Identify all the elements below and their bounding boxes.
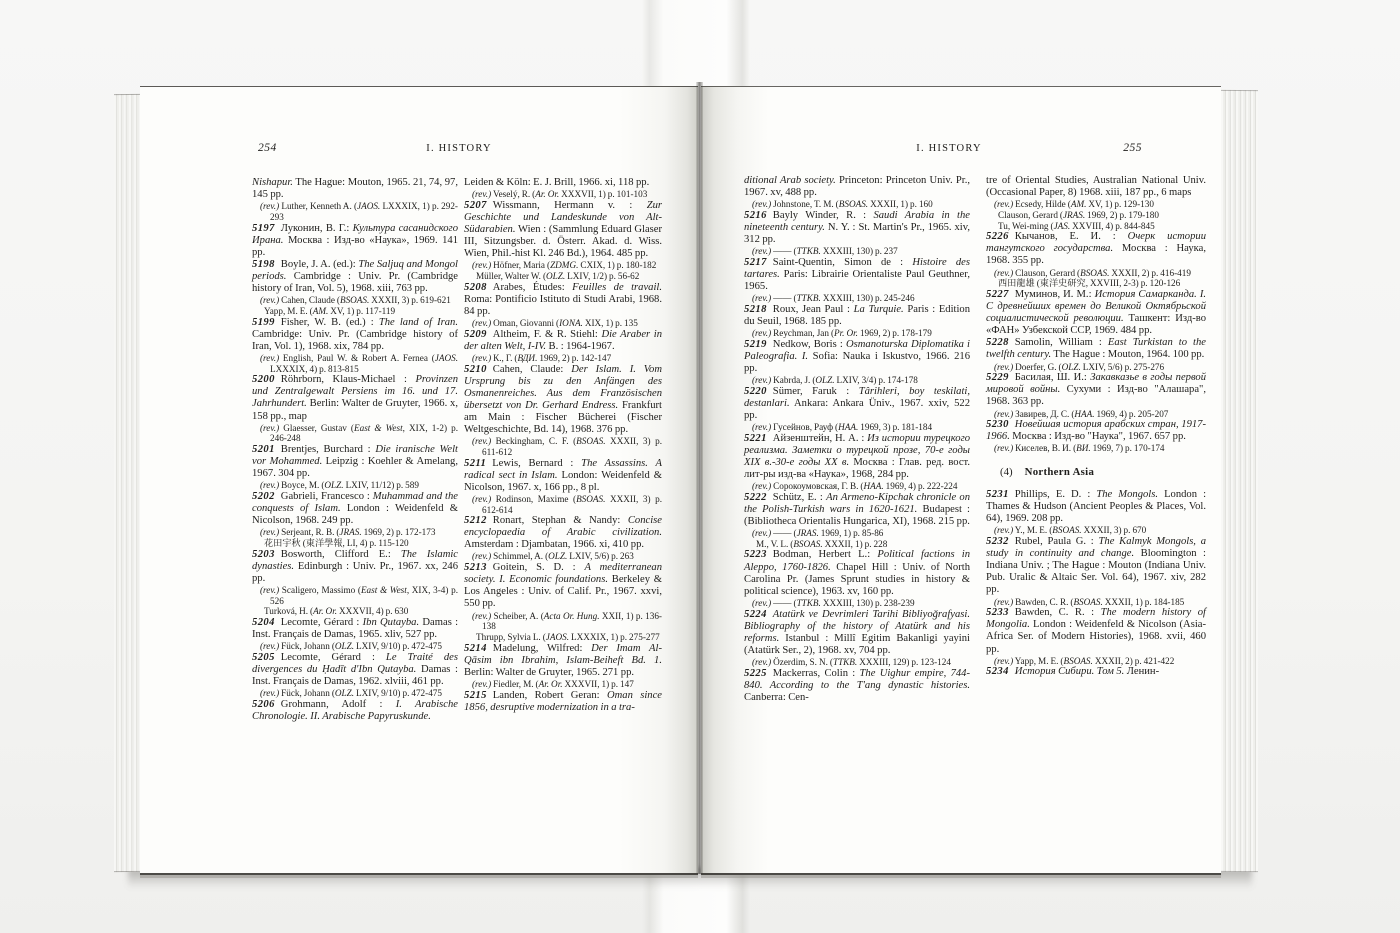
- bib-entry-5231: 5231Phillips, E. D. : The Mongols. Londo…: [986, 489, 1206, 525]
- review-citation: Yapp, M. E. (AM. XV, 1) p. 117-119: [252, 306, 458, 317]
- review-citation: (rev.) Завирев, Д. С. (НАА. 1969, 4) p. …: [986, 409, 1206, 420]
- review-citation: Turková, H. (Ar. Or. XXXVII, 4) p. 630: [252, 606, 458, 617]
- review-citation: Müller, Walter W. (OLZ. LXIV, 1/2) p. 56…: [464, 271, 662, 282]
- bib-entry-continuation: tre of Oriental Studies, Australian Nati…: [986, 175, 1206, 199]
- section-heading: (4)Northern Asia: [986, 466, 1206, 478]
- review-citation: M., V. L. (BSOAS. XXXII, 1) p. 228: [744, 539, 970, 550]
- bib-entry-continuation: Nishapur. The Hague: Mouton, 1965. 21, 7…: [252, 177, 458, 201]
- entry-number: 5230: [986, 419, 1009, 430]
- entry-number: 5201: [252, 444, 275, 455]
- entry-number: 5207: [464, 200, 487, 211]
- review-citation: (rev.) К., Г. (ВДИ. 1969, 2) p. 142-147: [464, 353, 662, 364]
- bib-entry-continuation: ditional Arab society. Princeton: Prince…: [744, 175, 970, 199]
- running-header-left: I. HISTORY: [364, 143, 554, 154]
- review-citation: (rev.) Гусейнов, Рауф (НАА. 1969, 3) p. …: [744, 422, 970, 433]
- review-citation: (rev.) —— (TTKB. XXXIII, 130) p. 238-239: [744, 598, 970, 609]
- review-citation: (rev.) Scheiber, A. (Acta Or. Hung. XXII…: [464, 611, 662, 632]
- bib-entry-5220: 5220Sümer, Faruk : Târihleri, boy teskil…: [744, 386, 970, 422]
- entry-number: 5216: [744, 210, 767, 221]
- entry-number: 5205: [252, 652, 275, 663]
- open-book: 254 I. HISTORY I. HISTORY 255 Nishapur. …: [112, 78, 1260, 878]
- bib-entry-5204: 5204Lecomte, Gérard : Ibn Qutayba. Damas…: [252, 617, 458, 641]
- bib-entry-5221: 5221Айзенштейн, Н. А. : Из истории турец…: [744, 433, 970, 481]
- review-citation: (rev.) Fück, Johann (OLZ. LXIV, 9/10) p.…: [252, 641, 458, 652]
- entry-number: 5217: [744, 257, 767, 268]
- entry-number: 5198: [252, 259, 275, 270]
- review-citation: (rev.) Fück, Johann (OLZ. LXIV, 9/10) p.…: [252, 688, 458, 699]
- entry-number: 5213: [464, 562, 487, 573]
- bib-entry-5216: 5216Bayly Winder, R. : Saudi Arabia in t…: [744, 210, 970, 246]
- entry-number: 5222: [744, 492, 767, 503]
- entry-number: 5231: [986, 489, 1009, 500]
- review-citation: Clauson, Gerard (JRAS. 1969, 2) p. 179-1…: [986, 210, 1206, 221]
- review-citation: (rev.) Сорокоумовская, Г. В. (НАА. 1969,…: [744, 481, 970, 492]
- review-citation: (rev.) Rodinson, Maxime (BSOAS. XXXII, 3…: [464, 494, 662, 515]
- entry-number: 5215: [464, 690, 487, 701]
- bib-entry-5208: 5208Arabes, Études: Feuilles de travail.…: [464, 282, 662, 318]
- entry-number: 5200: [252, 374, 275, 385]
- entry-number: 5232: [986, 536, 1009, 547]
- bib-entry-5212: 5212Ronart, Stephan & Nandy: Concise enc…: [464, 515, 662, 551]
- entry-number: 5209: [464, 329, 487, 340]
- review-citation: (rev.) Kabrda, J. (OLZ. LXIV, 3/4) p. 17…: [744, 375, 970, 386]
- review-citation: 西田龍雄 (東洋史研究, XXVIII, 2-3) p. 120-126: [986, 278, 1206, 289]
- review-citation: (rev.) —— (JRAS. 1969, 1) p. 85-86: [744, 528, 970, 539]
- entry-number: 5204: [252, 617, 275, 628]
- review-citation: (rev.) Fiedler, M. (Ar. Or. XXXVII, 1) p…: [464, 679, 662, 690]
- bib-entry-5223: 5223Bodman, Herbert L.: Political factio…: [744, 549, 970, 597]
- bib-entry-5228: 5228Samolin, William : East Turkistan to…: [986, 337, 1206, 361]
- review-citation: (rev.) Cahen, Claude (BSOAS. XXXII, 3) p…: [252, 295, 458, 306]
- scanned-book-photo: 254 I. HISTORY I. HISTORY 255 Nishapur. …: [0, 0, 1400, 933]
- review-citation: (rev.) Beckingham, C. F. (BSOAS. XXXII, …: [464, 436, 662, 457]
- bib-entry-5225: 5225Mackerras, Colin : The Uighur empire…: [744, 668, 970, 704]
- bib-entry-5209: 5209Altheim, F. & R. Stiehl: Die Araber …: [464, 329, 662, 353]
- page-number-left: 254: [258, 142, 277, 154]
- bib-entry-5227: 5227Муминов, И. М.: История Самарканда. …: [986, 289, 1206, 337]
- bib-entry-5200: 5200Röhrborn, Klaus-Michael : Provinzen …: [252, 374, 458, 422]
- entry-number: 5224: [744, 609, 767, 620]
- bib-entry-5207: 5207Wissmann, Hermann v. : Zur Geschicht…: [464, 200, 662, 260]
- bib-entry-5233: 5233Bawden, C. R. : The modern history o…: [986, 607, 1206, 655]
- bib-entry-5226: 5226Кычанов, Е. И. : Очерк истории тангу…: [986, 231, 1206, 267]
- entry-number: 5203: [252, 549, 275, 560]
- bib-entry-5211: 5211Lewis, Bernard : The Assassins. A ra…: [464, 458, 662, 494]
- bib-entry-5224: 5224Atatürk ve Devrimleri Tarihi Bibliyo…: [744, 609, 970, 657]
- entry-number: 5228: [986, 337, 1009, 348]
- review-citation: Thrupp, Sylvia L. (JAOS. LXXXIX, 1) p. 2…: [464, 632, 662, 643]
- review-citation: (rev.) Y., M. E. (BSOAS. XXXII, 3) p. 67…: [986, 525, 1206, 536]
- entry-number: 5211: [464, 458, 486, 469]
- bib-entry-5210: 5210Cahen, Claude: Der Islam. I. Vom Urs…: [464, 364, 662, 437]
- review-citation: (rev.) Reychman, Jan (Pr. Or. 1969, 2) p…: [744, 328, 970, 339]
- right-page-edges: [1218, 90, 1258, 872]
- bib-entry-5215: 5215Landen, Robert Geran: Oman since 185…: [464, 690, 662, 714]
- bib-entry-5232: 5232Rubel, Paula G. : The Kalmyk Mongols…: [986, 536, 1206, 596]
- entry-number: 5220: [744, 386, 767, 397]
- running-header-right: I. HISTORY: [854, 143, 1044, 154]
- bib-entry-5214: 5214Madelung, Wilfred: Der Imam Al-Qāsim…: [464, 643, 662, 679]
- bib-entry-5199: 5199Fisher, W. B. (ed.) : The land of Ir…: [252, 317, 458, 353]
- entry-number: 5227: [986, 289, 1009, 300]
- review-citation: (rev.) Schimmel, A. (OLZ. LXIV, 5/6) p. …: [464, 551, 662, 562]
- entry-number: 5202: [252, 491, 275, 502]
- column-right-page-2: tre of Oriental Studies, Australian Nati…: [986, 175, 1206, 678]
- review-citation: 花田宇秋 (東洋學報, LI, 4) p. 115-120: [252, 538, 458, 549]
- review-citation: (rev.) Bawden, C. R. (BSOAS. XXXII, 1) p…: [986, 597, 1206, 608]
- review-citation: (rev.) Özerdim, S. N. (TTKB. XXXIII, 129…: [744, 657, 970, 668]
- bib-entry-continuation: Leiden & Köln: E. J. Brill, 1966. xi, 11…: [464, 177, 662, 189]
- review-citation: (rev.) Luther, Kenneth A. (JAOS. LXXXIX,…: [252, 201, 458, 222]
- bib-entry-5206: 5206Grohmann, Adolf : I. Arabische Chron…: [252, 699, 458, 723]
- review-citation: (rev.) Veselý, R. (Ar. Or. XXXVII, 1) p.…: [464, 189, 662, 200]
- bib-entry-5202: 5202Gabrieli, Francesco : Muhammad and t…: [252, 491, 458, 527]
- entry-number: 5199: [252, 317, 275, 328]
- bib-entry-5203: 5203Bosworth, Clifford E.: The Islamic d…: [252, 549, 458, 585]
- section-number: (4): [1000, 466, 1013, 478]
- column-right-page-1: ditional Arab society. Princeton: Prince…: [744, 175, 970, 704]
- bib-entry-5217: 5217Saint-Quentin, Simon de : Histoire d…: [744, 257, 970, 293]
- review-citation: (rev.) Ecsedy, Hilde (AM. XV, 1) p. 129-…: [986, 199, 1206, 210]
- review-citation: (rev.) Serjeant, R. B. (JRAS. 1969, 2) p…: [252, 527, 458, 538]
- review-citation: (rev.) Höfner, Maria (ZDMG. CXIX, 1) p. …: [464, 260, 662, 271]
- review-citation: (rev.) Clauson, Gerard (BSOAS. XXXII, 2)…: [986, 268, 1206, 279]
- bib-entry-5198: 5198Boyle, J. A. (ed.): The Saljuq and M…: [252, 259, 458, 295]
- bib-entry-5229: 5229Басилая, Ш. И.: Закавказье в годы пе…: [986, 372, 1206, 408]
- review-citation: (rev.) Oman, Giovanni (IONA. XIX, 1) p. …: [464, 318, 662, 329]
- entry-number: 5229: [986, 372, 1009, 383]
- entry-number: 5221: [744, 433, 767, 444]
- bib-entry-5218: 5218Roux, Jean Paul : La Turquie. Paris …: [744, 304, 970, 328]
- column-left-page-1: Nishapur. The Hague: Mouton, 1965. 21, 7…: [252, 177, 458, 723]
- column-left-page-2: Leiden & Köln: E. J. Brill, 1966. xi, 11…: [464, 177, 662, 714]
- entry-number: 5233: [986, 607, 1009, 618]
- review-citation: (rev.) Yapp, M. E. (BSOAS. XXXII, 2) p. …: [986, 656, 1206, 667]
- review-citation: (rev.) Scaligero, Massimo (East & West, …: [252, 585, 458, 606]
- bib-entry-5222: 5222Schütz, E. : An Armeno-Kipchak chron…: [744, 492, 970, 528]
- entry-number: 5210: [464, 364, 487, 375]
- review-citation: (rev.) —— (TTKB. XXXIII, 130) p. 245-246: [744, 293, 970, 304]
- entry-number: 5214: [464, 643, 487, 654]
- review-citation: (rev.) Киселев, В. И. (ВИ. 1969, 7) p. 1…: [986, 443, 1206, 454]
- entry-number: 5218: [744, 304, 767, 315]
- review-citation: (rev.) Glaesser, Gustav (East & West, XI…: [252, 423, 458, 444]
- bib-entry-5205: 5205Lecomte, Gérard : Le Traité des dive…: [252, 652, 458, 688]
- entry-number: 5234: [986, 666, 1009, 677]
- entry-number: 5226: [986, 231, 1009, 242]
- review-citation: (rev.) —— (TTKB. XXXIII, 130) p. 237: [744, 246, 970, 257]
- entry-number: 5225: [744, 668, 767, 679]
- entry-number: 5219: [744, 339, 767, 350]
- bib-entry-5197: 5197Луконин, В. Г.: Культура сасанидског…: [252, 223, 458, 259]
- bib-entry-5213: 5213Goitein, S. D. : A mediterranean soc…: [464, 562, 662, 610]
- bib-entry-5230: 5230Новейшая история арабских стран, 191…: [986, 419, 1206, 443]
- review-citation: (rev.) Johnstone, T. M. (BSOAS. XXXII, 1…: [744, 199, 970, 210]
- review-citation: (rev.) English, Paul W. & Robert A. Fern…: [252, 353, 458, 374]
- bib-entry-5201: 5201Brentjes, Burchard : Die iranische W…: [252, 444, 458, 480]
- section-title: Northern Asia: [1025, 466, 1095, 478]
- entry-number: 5223: [744, 549, 767, 560]
- entry-number: 5206: [252, 699, 275, 710]
- review-citation: (rev.) Doerfer, G. (OLZ. LXIV, 5/6) p. 2…: [986, 362, 1206, 373]
- entry-number: 5208: [464, 282, 487, 293]
- entry-number: 5212: [464, 515, 487, 526]
- page-number-right: 255: [1052, 142, 1142, 154]
- entry-number: 5197: [252, 223, 275, 234]
- book-spine-gutter: [696, 82, 703, 874]
- bib-entry-5219: 5219Nedkow, Boris : Osmanoturska Diploma…: [744, 339, 970, 375]
- review-citation: (rev.) Boyce, M. (OLZ. LXIV, 11/12) p. 5…: [252, 480, 458, 491]
- review-citation: Tu, Wei-ming (JAS. XXVIII, 4) p. 844-845: [986, 221, 1206, 232]
- bib-entry-5234: 5234История Сибири. Том 5. Ленин-: [986, 666, 1206, 678]
